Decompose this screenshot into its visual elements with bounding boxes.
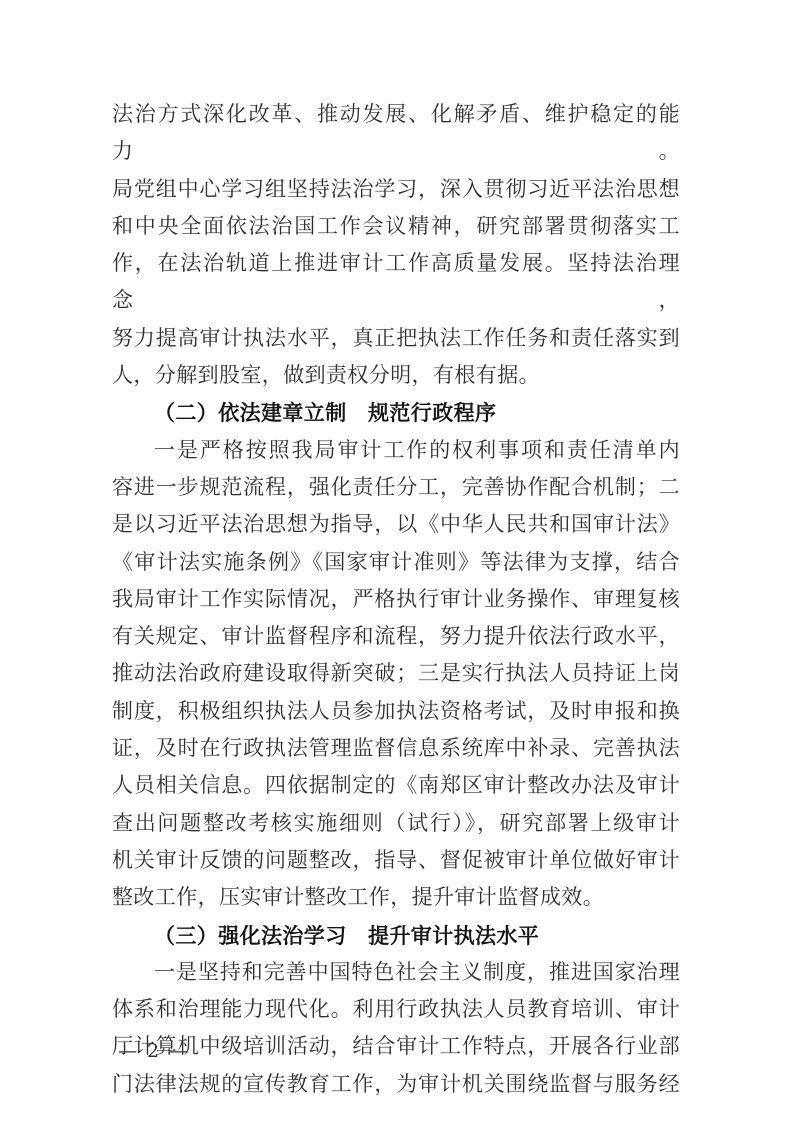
text-line: 人，分解到股室，做到责权分明，有根有据。 (112, 357, 680, 394)
text-line: 推动法治政府建设取得新突破；三是实行执法人员持证上岗 (112, 655, 680, 692)
text-line: 一是严格按照我局审计工作的权利事项和责任清单内 (112, 432, 680, 469)
text-line: 制度，积极组织执法人员参加执法资格考试，及时申报和换 (112, 693, 680, 730)
text-line: 门法律法规的宣传教育工作，为审计机关围绕监督与服务经 (112, 1066, 680, 1103)
section-heading: （二）依法建章立制 规范行政程序 (112, 394, 680, 431)
text-line: 法治方式深化改革、推动发展、化解矛盾、维护稳定的能力。 (112, 96, 680, 171)
text-line: 整改工作，压实审计整改工作，提升审计监督成效。 (112, 879, 680, 916)
page-number: — 2 — (118, 1040, 190, 1062)
document-page: 法治方式深化改革、推动发展、化解矛盾、维护稳定的能力。局党组中心学习组坚持法治学… (0, 0, 792, 1121)
text-line: 和中央全面依法治国工作会议精神，研究部署贯彻落实工 (112, 208, 680, 245)
text-line: 《审计法实施条例》《国家审计准则》等法律为支撑，结合 (112, 544, 680, 581)
text-line: 人员相关信息。四依据制定的《南郑区审计整改办法及审计 (112, 767, 680, 804)
document-body: 法治方式深化改革、推动发展、化解矛盾、维护稳定的能力。局党组中心学习组坚持法治学… (112, 96, 680, 1103)
text-line: 厅计算机中级培训活动，结合审计工作特点，开展各行业部 (112, 1028, 680, 1065)
text-line: 作，在法治轨道上推进审计工作高质量发展。坚持法治理念， (112, 245, 680, 320)
text-line: 查出问题整改考核实施细则（试行）》，研究部署上级审计 (112, 805, 680, 842)
text-line: 证，及时在行政执法管理监督信息系统库中补录、完善执法 (112, 730, 680, 767)
text-line: 努力提高审计执法水平，真正把执法工作任务和责任落实到 (112, 320, 680, 357)
text-line: 有关规定、审计监督程序和流程，努力提升依法行政水平， (112, 618, 680, 655)
text-line: 局党组中心学习组坚持法治学习，深入贯彻习近平法治思想 (112, 171, 680, 208)
text-line: 一是坚持和完善中国特色社会主义制度，推进国家治理 (112, 954, 680, 991)
text-line: 体系和治理能力现代化。利用行政执法人员教育培训、审计 (112, 991, 680, 1028)
section-heading: （三）强化法治学习 提升审计执法水平 (112, 917, 680, 954)
text-line: 是以习近平法治思想为指导，以《中华人民共和国审计法》 (112, 506, 680, 543)
text-line: 机关审计反馈的问题整改，指导、督促被审计单位做好审计 (112, 842, 680, 879)
text-line: 我局审计工作实际情况，严格执行审计业务操作、审理复核 (112, 581, 680, 618)
text-line: 容进一步规范流程，强化责任分工，完善协作配合机制；二 (112, 469, 680, 506)
